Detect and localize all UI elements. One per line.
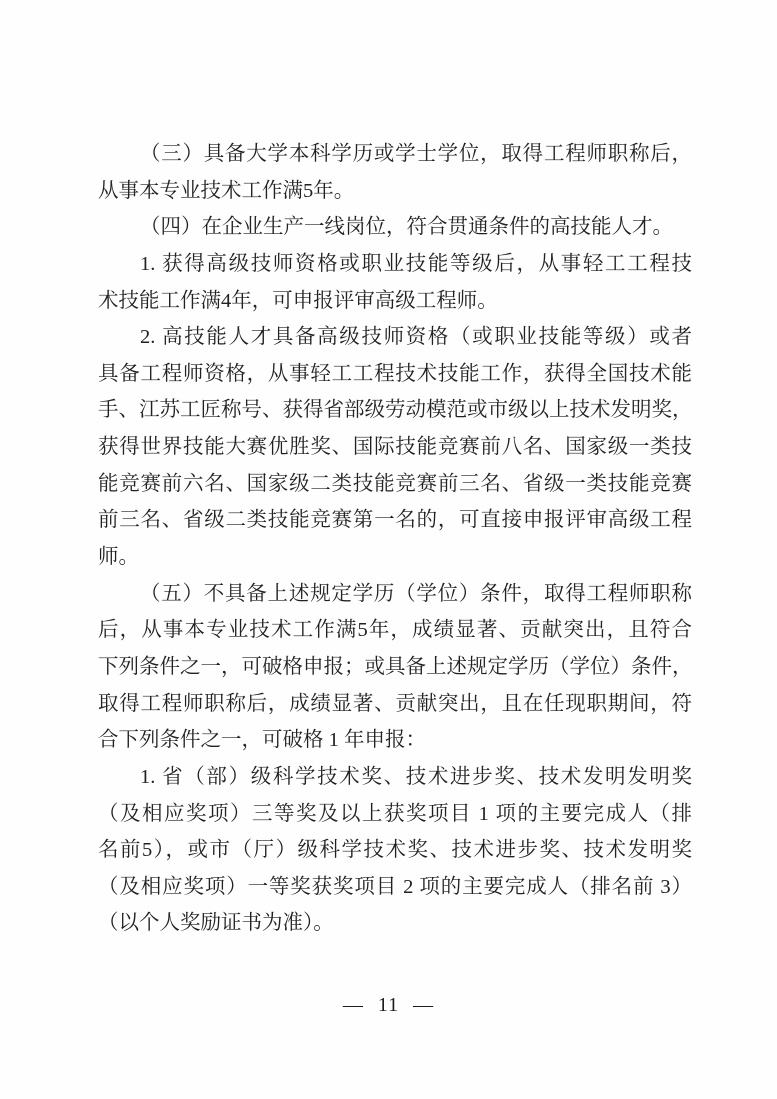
document-line: （三）具备大学本科学历或学士学位，取得工程师职称后， bbox=[98, 136, 692, 173]
document-line: 合下列条件之一，可破格 1 年申报： bbox=[98, 722, 692, 759]
document-line: （以个人奖励证书为准）。 bbox=[98, 905, 692, 942]
document-line: 师。 bbox=[98, 539, 692, 576]
document-line: 术技能工作满4年，可申报评审高级工程师。 bbox=[98, 283, 692, 320]
document-line: （及相应奖项）三等奖及以上获奖项目 1 项的主要完成人（排 bbox=[98, 796, 692, 833]
document-line: 前三名、省级二类技能竞赛第一名的，可直接申报评审高级工程 bbox=[98, 502, 692, 539]
paragraph-clause-4: （四）在企业生产一线岗位，符合贯通条件的高技能人才。 bbox=[98, 209, 692, 246]
document-line: 取得工程师职称后，成绩显著、贡献突出，且在任现职期间，符 bbox=[98, 686, 692, 723]
document-line: 下列条件之一，可破格申报；或具备上述规定学历（学位）条件， bbox=[98, 649, 692, 686]
document-line: 后，从事本专业技术工作满5年，成绩显著、贡献突出，且符合 bbox=[98, 612, 692, 649]
document-line: 1. 省（部）级科学技术奖、技术进步奖、技术发明发明奖 bbox=[98, 759, 692, 796]
document-line: 手、江苏工匠称号、获得省部级劳动模范或市级以上技术发明奖， bbox=[98, 392, 692, 429]
document-line: 1. 获得高级技师资格或职业技能等级后，从事轻工工程技 bbox=[98, 246, 692, 283]
paragraph-clause-4-item-1: 1. 获得高级技师资格或职业技能等级后，从事轻工工程技 术技能工作满4年，可申报… bbox=[98, 246, 692, 319]
page-footer: — 11 — bbox=[0, 991, 777, 1019]
document-line: 名前5），或市（厅）级科学技术奖、技术进步奖、技术发明奖 bbox=[98, 832, 692, 869]
document-line: 从事本专业技术工作满5年。 bbox=[98, 173, 692, 210]
page-background: （三）具备大学本科学历或学士学位，取得工程师职称后， 从事本专业技术工作满5年。… bbox=[0, 0, 777, 1099]
paragraph-clause-3: （三）具备大学本科学历或学士学位，取得工程师职称后， 从事本专业技术工作满5年。 bbox=[98, 136, 692, 209]
document-line: （及相应奖项）一等奖获奖项目 2 项的主要完成人（排名前 3） bbox=[98, 869, 692, 906]
document-line: 获得世界技能大赛优胜奖、国际技能竞赛前八名、国家级一类技 bbox=[98, 429, 692, 466]
document-body: （三）具备大学本科学历或学士学位，取得工程师职称后， 从事本专业技术工作满5年。… bbox=[98, 136, 692, 942]
document-line: 具备工程师资格，从事轻工工程技术技能工作，获得全国技术能 bbox=[98, 356, 692, 393]
document-page: { "page": { "background": "#fefefe", "te… bbox=[0, 0, 777, 1099]
document-line: （四）在企业生产一线岗位，符合贯通条件的高技能人才。 bbox=[98, 209, 692, 246]
paragraph-clause-5: （五）不具备上述规定学历（学位）条件，取得工程师职称 后，从事本专业技术工作满5… bbox=[98, 576, 692, 759]
document-line: 2. 高技能人才具备高级技师资格（或职业技能等级）或者 bbox=[98, 319, 692, 356]
page-number: — 11 — bbox=[343, 994, 434, 1016]
document-line: 能竞赛前六名、国家级二类技能竞赛前三名、省级一类技能竞赛 bbox=[98, 466, 692, 503]
document-line: （五）不具备上述规定学历（学位）条件，取得工程师职称 bbox=[98, 576, 692, 613]
paragraph-clause-4-item-2: 2. 高技能人才具备高级技师资格（或职业技能等级）或者 具备工程师资格，从事轻工… bbox=[98, 319, 692, 575]
paragraph-clause-5-item-1: 1. 省（部）级科学技术奖、技术进步奖、技术发明发明奖 （及相应奖项）三等奖及以… bbox=[98, 759, 692, 942]
